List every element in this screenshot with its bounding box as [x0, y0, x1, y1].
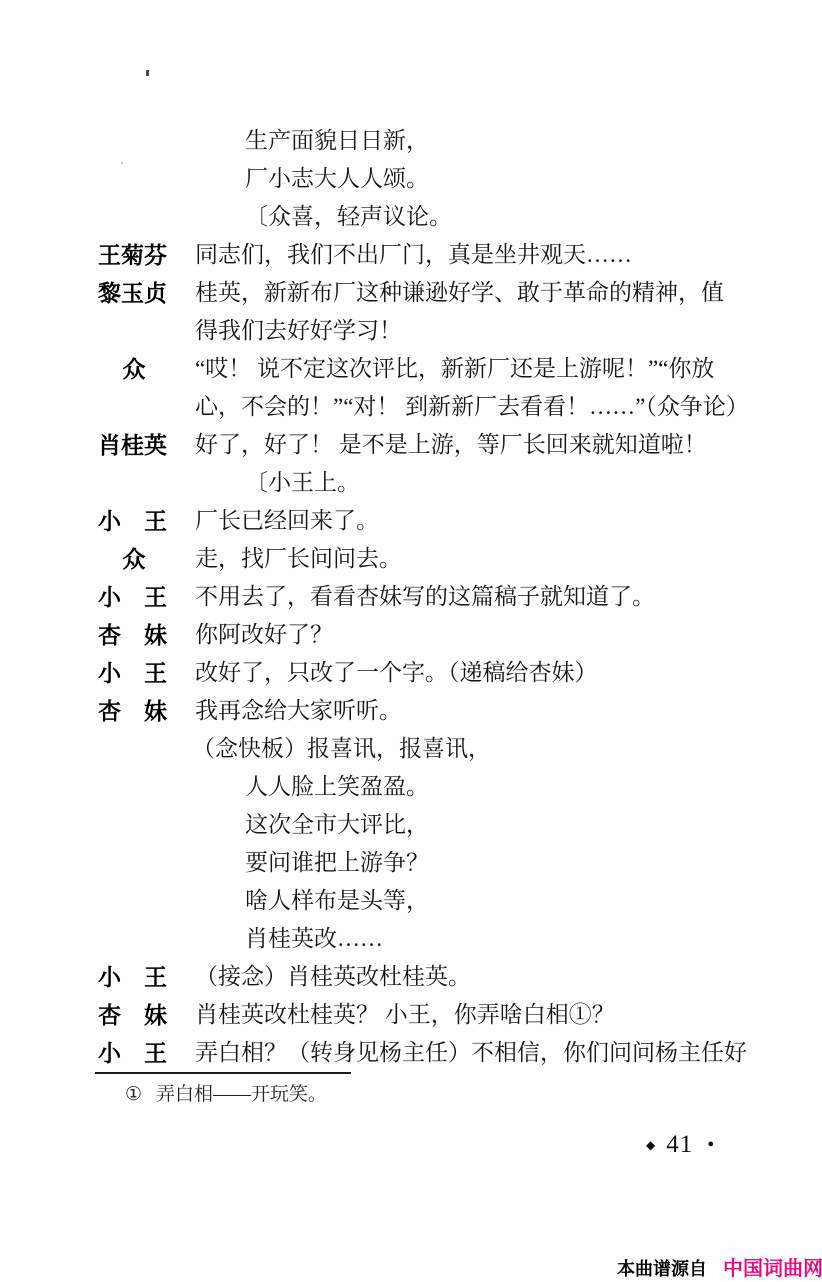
footnote: ①弄白相——开玩笑。 [0, 1083, 822, 1107]
footnote-text: 弄白相——开玩笑。 [156, 1084, 327, 1105]
script-line: 众 “哎！ 说不定这次评比，新新厂还是上游呢！”“你放 [0, 350, 822, 388]
speaker-name: 众 [98, 350, 170, 388]
speaker-name: 杏 妹 [98, 616, 170, 654]
stage-direction-text: 〔小王上。 [245, 470, 360, 495]
dialogue-text: （接念）肖桂英改杜桂英。 [195, 964, 471, 989]
speaker-name: 小 王 [98, 578, 170, 616]
script-line: 〔众喜，轻声议论。 [0, 198, 822, 236]
script-line: 厂小志大人人颂。 [0, 160, 822, 198]
script-line: 杏 妹 我再念给大家听听。 [0, 692, 822, 730]
script-line: 〔小王上。 [0, 464, 822, 502]
dialogue-continuation-text: 得我们去好好学习！ [195, 318, 402, 343]
dialogue-text: 你阿改好了？ [195, 622, 333, 647]
dialogue-text: 肖桂英改杜桂英？ 小王，你弄啥白相①？ [195, 1002, 615, 1027]
speaker-name: 小 王 [98, 654, 170, 692]
scan-speck [146, 70, 149, 76]
script-line: 这次全市大评比， [0, 806, 822, 844]
verse-text: 肖桂英改…… [245, 926, 383, 951]
dialogue-text: “哎！ 说不定这次评比，新新厂还是上游呢！”“你放 [195, 356, 714, 381]
script-line: 小 王 厂长已经回来了。 [0, 502, 822, 540]
script-line: 小 王 （接念）肖桂英改杜桂英。 [0, 958, 822, 996]
speaker-name: 王菊芬 [98, 236, 170, 274]
page-number-right-ornament-icon: • [707, 1134, 714, 1157]
watermark-source-label: 本曲谱源自 [617, 1255, 707, 1281]
dialogue-text: 弄白相？（转身见杨主任）不相信，你们问问杨主任好 [195, 1040, 747, 1065]
watermark-site-name: 中国词曲网 [723, 1252, 822, 1281]
script-line: 杏 妹 肖桂英改杜桂英？ 小王，你弄啥白相①？ [0, 996, 822, 1034]
script-line: 小 王 弄白相？（转身见杨主任）不相信，你们问问杨主任好 [0, 1034, 822, 1072]
script-line: 要问谁把上游争？ [0, 844, 822, 882]
page-number: ◆ 41 • [646, 1131, 714, 1159]
script-line: 人人脸上笑盈盈。 [0, 768, 822, 806]
dialogue-text: 不用去了，看看杏妹写的这篇稿子就知道了。 [195, 584, 655, 609]
speaker-name: 小 王 [98, 1034, 170, 1072]
speaker-name: 小 王 [98, 958, 170, 996]
script-line: 肖桂英改…… [0, 920, 822, 958]
script-line: 心，不会的！”“对！ 到新新厂去看看！……”（众争论） [0, 388, 822, 426]
dialogue-text: 走，找厂长问问去。 [195, 546, 402, 571]
dialogue-continuation-text: 心，不会的！”“对！ 到新新厂去看看！……”（众争论） [195, 394, 749, 419]
script-line: 杏 妹 你阿改好了？ [0, 616, 822, 654]
stage-direction-text: 〔众喜，轻声议论。 [245, 204, 452, 229]
script-line: （念快板）报喜讯，报喜讯， [0, 730, 822, 768]
speaker-name: 黎玉贞 [98, 274, 170, 312]
footnote-divider [95, 1072, 351, 1074]
script-line: 王菊芬 同志们，我们不出厂门，真是坐井观天…… [0, 236, 822, 274]
dialogue-text: 改好了，只改了一个字。（递稿给杏妹） [195, 660, 598, 685]
verse-text: 这次全市大评比， [245, 812, 429, 837]
page-number-value: 41 [666, 1131, 693, 1159]
script-line: 生产面貌日日新， [0, 122, 822, 160]
verse-text: 人人脸上笑盈盈。 [245, 774, 429, 799]
dialogue-text: 好了，好了！ 是不是上游，等厂长回来就知道啦！ [195, 432, 707, 457]
watermark-footer: 本曲谱源自 中国词曲网 [617, 1252, 822, 1281]
verse-text: 啥人样布是头等， [245, 888, 429, 913]
verse-text: （念快板）报喜讯，报喜讯， [192, 736, 491, 761]
script-line: 黎玉贞 桂英，新新布厂这种谦逊好学、敢于革命的精神，值 [0, 274, 822, 312]
dialogue-text: 厂长已经回来了。 [195, 508, 379, 533]
dialogue-text: 我再念给大家听听。 [195, 698, 402, 723]
speaker-name: 众 [98, 540, 170, 578]
script-line: 众 走，找厂长问问去。 [0, 540, 822, 578]
footnote-marker: ① [125, 1084, 142, 1105]
speaker-name: 杏 妹 [98, 692, 170, 730]
scanned-script-page: 生产面貌日日新， 厂小志大人人颂。 〔众喜，轻声议论。 王菊芬 同志们，我们不出… [0, 0, 822, 1282]
verse-text: 厂小志大人人颂。 [245, 166, 429, 191]
verse-text: 生产面貌日日新， [245, 128, 429, 153]
script-line: 小 王 不用去了，看看杏妹写的这篇稿子就知道了。 [0, 578, 822, 616]
verse-text: 要问谁把上游争？ [245, 850, 429, 875]
script-line: 得我们去好好学习！ [0, 312, 822, 350]
speaker-name: 肖桂英 [98, 426, 170, 464]
dialogue-text: 同志们，我们不出厂门，真是坐井观天…… [195, 242, 632, 267]
speaker-name: 杏 妹 [98, 996, 170, 1034]
script-line: 啥人样布是头等， [0, 882, 822, 920]
script-line: 肖桂英 好了，好了！ 是不是上游，等厂长回来就知道啦！ [0, 426, 822, 464]
page-number-left-ornament-icon: ◆ [646, 1138, 655, 1153]
speaker-name: 小 王 [98, 502, 170, 540]
script-line: 小 王 改好了，只改了一个字。（递稿给杏妹） [0, 654, 822, 692]
dialogue-text: 桂英，新新布厂这种谦逊好学、敢于革命的精神，值 [195, 280, 724, 305]
